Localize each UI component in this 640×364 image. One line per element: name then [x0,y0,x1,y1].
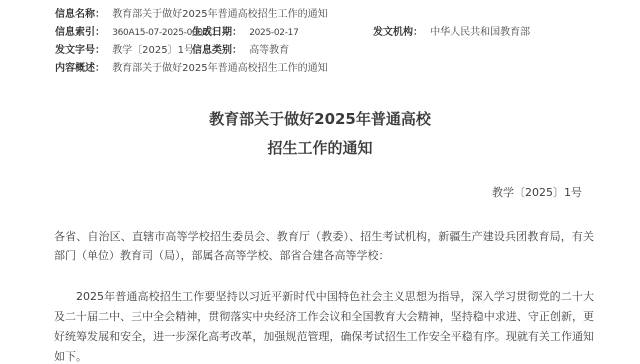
issuing-agency-value: 中华人民共和国教育部 [430,27,530,38]
article-title-line2: 招生工作的通知 [0,134,640,163]
document-meta-table: 信息名称： 教育部关于做好2025年普通高校招生工作的通知 信息索引： 360A… [55,6,600,78]
meta-pair-summary: 内容概述： 教育部关于做好2025年普通高校招生工作的通知 [55,60,328,78]
summary-label: 内容概述： [55,63,105,74]
meta-pair-gen-date: 生成日期： 2025-02-17 [192,24,299,42]
info-name-label: 信息名称： [55,9,105,20]
meta-pair-doc-number: 发文字号： 教学〔2025〕1号 [55,42,194,60]
article-paragraph-1: 2025年普通高校招生工作要坚持以习近平新时代中国特色社会主义思想为指导，深入学… [54,287,594,364]
document-page: 信息名称： 教育部关于做好2025年普通高校招生工作的通知 信息索引： 360A… [0,0,640,364]
article-title-line1: 教育部关于做好2025年普通高校 [0,105,640,134]
meta-pair-info-name: 信息名称： 教育部关于做好2025年普通高校招生工作的通知 [55,6,328,24]
article-salutation: 各省、自治区、直辖市高等学校招生委员会、教育厅（教委）、招生考试机构，新疆生产建… [54,227,594,265]
summary-value: 教育部关于做好2025年普通高校招生工作的通知 [112,63,327,74]
meta-row-docnum: 发文字号： 教学〔2025〕1号 信息类别： 高等教育 [55,42,600,60]
info-name-value: 教育部关于做好2025年普通高校招生工作的通知 [112,9,327,20]
meta-row-index: 信息索引： 360A15-07-2025-0002-1 生成日期： 2025-0… [55,24,600,42]
article-title: 教育部关于做好2025年普通高校 招生工作的通知 [0,105,640,163]
meta-pair-category: 信息类别： 高等教育 [192,42,289,60]
meta-row-name: 信息名称： 教育部关于做好2025年普通高校招生工作的通知 [55,6,600,24]
doc-number-label: 发文字号： [55,45,105,56]
category-value: 高等教育 [249,45,289,56]
category-label: 信息类别： [192,45,242,56]
issuing-agency-label: 发文机构： [373,27,423,38]
doc-number-value: 教学〔2025〕1号 [112,45,194,56]
info-index-label: 信息索引： [55,27,105,38]
gen-date-value: 2025-02-17 [249,28,298,38]
meta-row-summary: 内容概述： 教育部关于做好2025年普通高校招生工作的通知 [55,60,600,78]
article-doc-number: 教学〔2025〕1号 [0,184,640,200]
meta-pair-issuing-agency: 发文机构： 中华人民共和国教育部 [373,24,530,42]
gen-date-label: 生成日期： [192,27,242,38]
